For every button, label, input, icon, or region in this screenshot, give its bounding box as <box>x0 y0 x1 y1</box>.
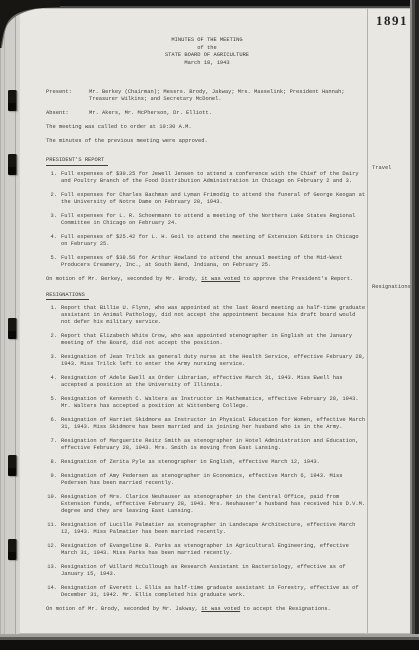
item-text: Full expenses of $30.25 for Jewell Jense… <box>61 171 368 185</box>
item-text: Report that Billie U. Flynn, who was app… <box>61 305 368 326</box>
item-text: Resignation of Kenneth C. Walters as Ins… <box>61 396 368 410</box>
scan-bottom-edge <box>0 634 419 650</box>
item-number: 14. <box>46 585 57 599</box>
scanned-document: MINUTES OF THE MEETING of the STATE BOAR… <box>0 0 419 650</box>
presidents-report-items: 1. Full expenses of $30.25 for Jewell Je… <box>46 171 368 269</box>
presidents-report-heading-row: PRESIDENT'S REPORT <box>46 157 368 166</box>
motion-voted-text: it was voted <box>201 606 240 612</box>
item-number: 1. <box>46 171 57 185</box>
present-label: Present: <box>46 89 89 103</box>
resignation-item: 5. Resignation of Kenneth C. Walters as … <box>46 396 368 410</box>
title-line-3: STATE BOARD OF AGRICULTURE <box>46 52 368 60</box>
resignation-item: 2. Report that Elizabeth White Crow, who… <box>46 333 368 347</box>
document-title-block: MINUTES OF THE MEETING of the STATE BOAR… <box>46 37 368 67</box>
item-text: Resignation of Jean Trilck as general du… <box>61 354 368 368</box>
item-number: 8. <box>46 459 57 466</box>
motion-text: to approve the President's Report. <box>240 276 353 282</box>
report-item: 4. Full expenses of $25.42 for L. H. Gei… <box>46 234 368 248</box>
binder-mark <box>8 90 17 111</box>
title-line-4: March 18, 1943 <box>46 60 368 68</box>
motion-text: to accept the Resignations. <box>240 606 331 612</box>
item-number: 12. <box>46 543 57 557</box>
item-text: Resignation of Evangeline B. Parks as st… <box>61 543 368 557</box>
page-content: MINUTES OF THE MEETING of the STATE BOAR… <box>19 9 368 633</box>
item-text: Resignation of Marguerite Reitz Smith as… <box>61 438 368 452</box>
scan-top-edge <box>22 0 419 8</box>
item-text: Full expenses of $25.42 for L. H. Geil t… <box>61 234 368 248</box>
resignation-item: 11. Resignation of Lucille Palmatier as … <box>46 522 368 536</box>
minutes-approved-line: The minutes of the previous meeting were… <box>46 138 368 145</box>
present-text: Mr. Berkey (Chairman); Messrs. Brody, Ja… <box>89 89 368 103</box>
presidents-report-motion: On motion of Mr. Berkey, seconded by Mr.… <box>46 276 368 283</box>
item-number: 13. <box>46 564 57 578</box>
item-number: 5. <box>46 396 57 410</box>
binder-mark <box>8 539 17 560</box>
item-number: 2. <box>46 192 57 206</box>
resignations-heading: RESIGNATIONS <box>46 292 89 301</box>
page-curl-corner <box>0 0 60 50</box>
title-line-1: MINUTES OF THE MEETING <box>46 37 368 45</box>
item-text: Report that Elizabeth White Crow, who wa… <box>61 333 368 347</box>
item-number: 7. <box>46 438 57 452</box>
present-row: Present: Mr. Berkey (Chairman); Messrs. … <box>46 89 368 103</box>
item-text: Resignation of Lucille Palmatier as sten… <box>61 522 368 536</box>
item-text: Resignation of Harriet Skidmore as Instr… <box>61 417 368 431</box>
margin-note-travel: Travel <box>372 165 391 171</box>
item-text: Full expenses for L. R. Schoenmann to at… <box>61 213 368 227</box>
motion-text: On motion of Mr. Brody, seconded by Mr. … <box>46 606 201 612</box>
item-number: 4. <box>46 234 57 248</box>
resignation-item: 13. Resignation of Willard McCullough as… <box>46 564 368 578</box>
binder-mark <box>8 318 17 339</box>
absent-label: Absent: <box>46 110 89 117</box>
resignations-heading-row: RESIGNATIONS <box>46 292 368 301</box>
scan-right-edge <box>410 0 419 650</box>
report-item: 3. Full expenses for L. R. Schoenmann to… <box>46 213 368 227</box>
report-item: 1. Full expenses of $30.25 for Jewell Je… <box>46 171 368 185</box>
resignation-item: 9. Resignation of Amy Pedersen as stenog… <box>46 473 368 487</box>
item-number: 3. <box>46 354 57 368</box>
item-number: 10. <box>46 494 57 515</box>
item-number: 6. <box>46 417 57 431</box>
item-text: Full expenses for Charles Bachman and Ly… <box>61 192 368 206</box>
resignations-items: 1. Report that Billie U. Flynn, who was … <box>46 305 368 599</box>
report-item: 2. Full expenses for Charles Bachman and… <box>46 192 368 206</box>
resignation-item: 1. Report that Billie U. Flynn, who was … <box>46 305 368 326</box>
resignation-item: 14. Resignation of Everett L. Ellis as h… <box>46 585 368 599</box>
item-text: Resignation of Willard McCullough as Res… <box>61 564 368 578</box>
absent-text: Mr. Akers, Mr. McPherson, Dr. Elliott. <box>89 110 368 117</box>
binder-mark <box>8 154 17 175</box>
motion-voted-text: it was voted <box>201 276 240 282</box>
resignation-item: 3. Resignation of Jean Trilck as general… <box>46 354 368 368</box>
item-text: Resignation of Mrs. Clarice Neuhauser as… <box>61 494 368 515</box>
document-page: MINUTES OF THE MEETING of the STATE BOAR… <box>19 9 411 633</box>
item-number: 3. <box>46 213 57 227</box>
binder-mark <box>8 455 17 476</box>
resignation-item: 4. Resignation of Adele Ewell as Order L… <box>46 375 368 389</box>
item-text: Full expenses of $38.56 for Arthur Howla… <box>61 255 368 269</box>
report-item: 5. Full expenses of $38.56 for Arthur Ho… <box>46 255 368 269</box>
item-text: Resignation of Everett L. Ellis as half-… <box>61 585 368 599</box>
item-number: 4. <box>46 375 57 389</box>
resignation-item: 7. Resignation of Marguerite Reitz Smith… <box>46 438 368 452</box>
called-to-order-line: The meeting was called to order at 10:30… <box>46 124 368 131</box>
item-number: 2. <box>46 333 57 347</box>
margin-rule-line <box>367 9 368 633</box>
resignation-item: 8. Resignation of Zerita Pyle as stenogr… <box>46 459 368 466</box>
item-number: 5. <box>46 255 57 269</box>
item-number: 9. <box>46 473 57 487</box>
item-text: Resignation of Adele Ewell as Order Libr… <box>61 375 368 389</box>
page-number: 1891 <box>376 13 408 29</box>
resignation-item: 10. Resignation of Mrs. Clarice Neuhause… <box>46 494 368 515</box>
item-text: Resignation of Amy Pedersen as stenograp… <box>61 473 368 487</box>
item-number: 1. <box>46 305 57 326</box>
title-line-2: of the <box>46 45 368 53</box>
resignation-item: 6. Resignation of Harriet Skidmore as In… <box>46 417 368 431</box>
motion-text: On motion of Mr. Berkey, seconded by Mr.… <box>46 276 201 282</box>
presidents-report-heading: PRESIDENT'S REPORT <box>46 157 108 166</box>
item-text: Resignation of Zerita Pyle as stenograph… <box>61 459 368 466</box>
resignation-item: 12. Resignation of Evangeline B. Parks a… <box>46 543 368 557</box>
item-number: 11. <box>46 522 57 536</box>
resignations-motion: On motion of Mr. Brody, seconded by Mr. … <box>46 606 368 613</box>
margin-note-resignations: Resignations <box>372 284 411 290</box>
absent-row: Absent: Mr. Akers, Mr. McPherson, Dr. El… <box>46 110 368 117</box>
